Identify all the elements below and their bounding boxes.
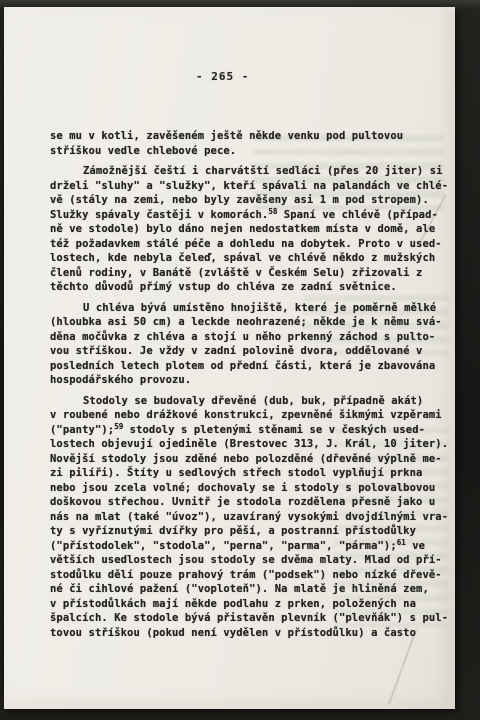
text-line: členů rodiny, v Banátě (zvláště v Českém… (50, 266, 448, 281)
text-line: špalcích. Ke stodole bývá přistavěn plev… (50, 611, 448, 626)
paragraph: Zámožnější čeští i charvátští sedláci (p… (50, 164, 448, 295)
text-line: zi pilíři). Štíty u sedlových střech sto… (50, 466, 448, 481)
text-line: Zámožnější čeští i charvátští sedláci (p… (50, 164, 448, 179)
text-line: tovou stříškou (pokud není vydělen v pří… (50, 626, 448, 641)
body-text: se mu v kotli, zavěšeném ještě někde ven… (50, 129, 448, 640)
paragraph: se mu v kotli, zavěšeném ještě někde ven… (50, 129, 448, 158)
text-line: drželi "sluhy" a "služky", kteří spávali… (50, 179, 448, 194)
text-line: hospodářského provozu. (50, 373, 448, 388)
text-line: Stodoly se budovaly dřevěné (dub, buk, p… (50, 394, 448, 409)
paragraph: U chléva bývá umístěno hnojiště, které j… (50, 301, 448, 388)
text-line: U chléva bývá umístěno hnojiště, které j… (50, 301, 448, 316)
footnote-reference: 59 (114, 422, 123, 431)
text-line: též požadavkem stálé péče a dohledu na d… (50, 237, 448, 252)
footnote-reference: 61 (397, 538, 406, 547)
text-line: v roubené nebo drážkové konstrukci, zpev… (50, 408, 448, 423)
text-line: (hloubka asi 50 cm) a leckde neohrazené;… (50, 315, 448, 330)
scanned-page: - 265 - se mu v kotli, zavěšeném ještě n… (4, 7, 455, 709)
text-line: stodůlku dělí pouze prahový trám ("podse… (50, 568, 448, 583)
text-line: posledních letech plotem od přední části… (50, 359, 448, 374)
text-line: vou stříškou. Je vždy v zadní polovině d… (50, 344, 448, 359)
text-line: né či cihlové pažení ("voploteň"). Na ml… (50, 582, 448, 597)
text-line: ("přístodolek", "stodola", "perna", "par… (50, 539, 448, 554)
text-line: ty s vyříznutými dvířky pro pěší, a post… (50, 524, 448, 539)
page-number: - 265 - (196, 70, 249, 83)
text-line: větších usedlostech jsou stodoly se dvěm… (50, 553, 448, 568)
photo-background: - 265 - se mu v kotli, zavěšeném ještě n… (0, 0, 480, 720)
text-line: nebo jsou zcela volné; dochovaly se i st… (50, 481, 448, 496)
text-line: se mu v kotli, zavěšeném ještě někde ven… (50, 129, 448, 144)
text-line: nás na mlat (také "úvoz"), uzavíraný vys… (50, 510, 448, 525)
paper-scratch (388, 629, 416, 705)
text-line: vě (stály na zemi, nebo byly zavěšeny as… (50, 193, 448, 208)
text-line: lostech objevují ojediněle (Brestovec 31… (50, 437, 448, 452)
text-line: Služky spávaly častěji v komorách.58 Spa… (50, 208, 448, 223)
footnote-reference: 58 (268, 207, 277, 216)
text-line: Novější stodoly jsou zděné nebo polozděn… (50, 452, 448, 467)
text-line: děna močůvka z chléva a stojí u něho prk… (50, 330, 448, 345)
text-line: lostech, kde nebyla čeleď, spával ve chl… (50, 251, 448, 266)
text-line: stříškou vedle chlebové pece. (50, 144, 448, 159)
paragraph: Stodoly se budovaly dřevěné (dub, buk, p… (50, 394, 448, 641)
text-line: v přístodůlkách mají někde podlahu z prk… (50, 597, 448, 612)
text-line: ně ve stodole) bylo dáno nejen nedostatk… (50, 222, 448, 237)
text-line: ("panty");59 stodoly s pletenými stěnami… (50, 423, 448, 438)
text-line: doškovou střechou. Uvnitř je stodola roz… (50, 495, 448, 510)
text-line: těchto důvodů přímý vstup do chléva ze z… (50, 280, 448, 295)
